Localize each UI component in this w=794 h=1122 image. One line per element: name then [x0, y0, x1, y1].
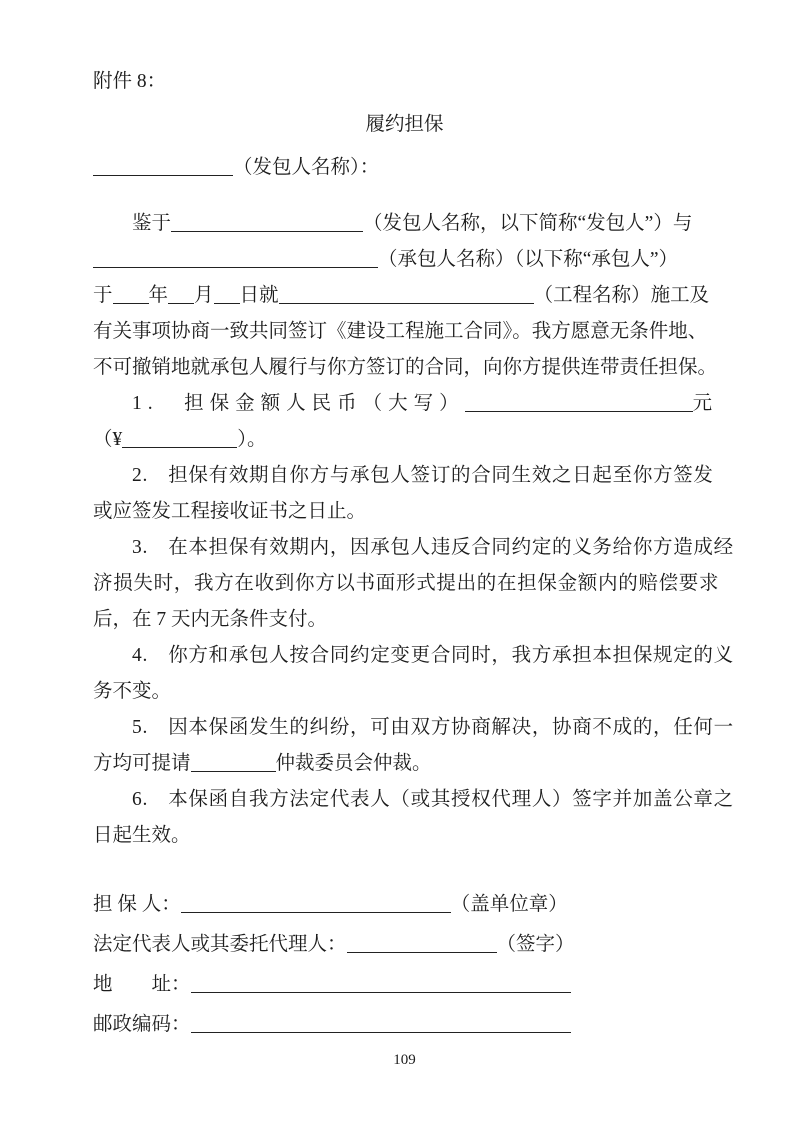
- amount-open: （¥: [93, 429, 122, 450]
- page-footer: 109: [93, 1049, 716, 1071]
- intro-line-4-text: 有关事项协商一致共同签订《建设工程施工合同》。我方愿意无条件地、: [93, 321, 707, 342]
- intro-line-5-text: 不可撤销地就承包人履行与你方签订的合同，向你方提供连带责任担保。: [93, 357, 717, 378]
- intro-line-4: 有关事项协商一致共同签订《建设工程施工合同》。我方愿意无条件地、: [93, 314, 716, 350]
- attachment-label: 附件 8：: [93, 63, 716, 100]
- intro-day-jiu: 日就: [240, 285, 279, 306]
- employer-name-blank-2: [171, 230, 363, 232]
- sign-note: （签字）: [497, 934, 575, 955]
- clause-4-line-2-text: 务不变。: [93, 681, 171, 702]
- clause-3-line-3-text: 后，在 7 天内无条件支付。: [93, 609, 327, 630]
- intro-given: 鉴于: [132, 213, 171, 234]
- page-title-text: 履约担保: [365, 114, 443, 135]
- clause-4-line-1: 4. 你方和承包人按合同约定变更合同时，我方承担本担保规定的义: [93, 638, 716, 674]
- document-content: 附件 8： 履约担保 （发包人名称）： 鉴于（发包人名称，以下简称“发包人”）与…: [0, 0, 794, 1071]
- page-number: 109: [393, 1052, 416, 1068]
- employer-name-blank: [93, 174, 233, 176]
- clause-3-line-1: 3. 在本担保有效期内，因承包人违反合同约定的义务给你方造成经: [93, 530, 716, 566]
- clause-5-line-1: 5. 因本保函发生的纠纷，可由双方协商解决，协商不成的，任何一: [93, 710, 716, 746]
- clause-2-line-2: 或应签发工程接收证书之日止。: [93, 494, 716, 530]
- clause-5-post: 仲裁委员会仲裁。: [276, 753, 432, 774]
- arbitration-committee-blank: [191, 770, 276, 772]
- clause-4-line-1-text: 4. 你方和承包人按合同约定变更合同时，我方承担本担保规定的义: [132, 645, 734, 666]
- intro-month: 月: [194, 285, 214, 306]
- attachment-label-text: 附件 8：: [93, 71, 166, 92]
- postcode-label: 邮政编码：: [93, 1014, 191, 1035]
- project-name-blank: [279, 302, 534, 304]
- address-line: 地 址：: [93, 965, 716, 1005]
- clause-5-pre: 方均可提请: [93, 753, 191, 774]
- amount-close: ）。: [237, 429, 266, 450]
- clause-2-line-2-text: 或应签发工程接收证书之日止。: [93, 501, 366, 522]
- representative-line: 法定代表人或其委托代理人：（签字）: [93, 925, 716, 965]
- contractor-name-blank: [93, 266, 378, 268]
- intro-line-3: 于年月日就（工程名称）施工及: [93, 278, 716, 314]
- addressee-note: （发包人名称）：: [233, 157, 379, 178]
- intro-line-1: 鉴于（发包人名称，以下简称“发包人”）与: [93, 206, 716, 242]
- representative-label: 法定代表人或其委托代理人：: [93, 934, 347, 955]
- intro-line-2: （承包人名称）（以下称“承包人”）: [93, 242, 716, 278]
- postcode-blank: [191, 1031, 571, 1033]
- clause-4-line-2: 务不变。: [93, 674, 716, 710]
- day-blank: [214, 302, 240, 304]
- intro-year: 年: [149, 285, 169, 306]
- signature-block: 担 保 人：（盖单位章） 法定代表人或其委托代理人：（签字） 地 址： 邮政编码…: [93, 885, 716, 1045]
- clause-6-line-1: 6. 本保函自我方法定代表人（或其授权代理人）签字并加盖公章之: [93, 782, 716, 818]
- postcode-line: 邮政编码：: [93, 1005, 716, 1045]
- intro-yu: 于: [93, 285, 113, 306]
- month-blank: [168, 302, 194, 304]
- guarantor-label: 担 保 人：: [93, 894, 181, 915]
- document-page: 附件 8： 履约担保 （发包人名称）： 鉴于（发包人名称，以下简称“发包人”）与…: [0, 0, 794, 1122]
- clause-3-line-1-text: 3. 在本担保有效期内，因承包人违反合同约定的义务给你方造成经: [132, 537, 734, 558]
- amount-figures-blank: [122, 446, 237, 448]
- clause-6-line-1-text: 6. 本保函自我方法定代表人（或其授权代理人）签字并加盖公章之: [132, 789, 734, 810]
- clause-5-line-2: 方均可提请仲裁委员会仲裁。: [93, 746, 716, 782]
- representative-name-blank: [347, 951, 497, 953]
- guarantor-name-blank: [181, 911, 451, 913]
- clause-1-line-2: （¥）。: [93, 422, 716, 458]
- addressee-line: （发包人名称）：: [93, 149, 716, 186]
- clause-5-line-1-text: 5. 因本保函发生的纠纷，可由双方协商解决，协商不成的，任何一: [132, 717, 734, 738]
- amount-unit: 元: [693, 393, 713, 414]
- clause-3-line-3: 后，在 7 天内无条件支付。: [93, 602, 716, 638]
- clause-2-line-1-text: 2. 担保有效期自你方与承包人签订的合同生效之日起至你方签发: [132, 465, 714, 486]
- clause-1-label: 1. 担保金额人民币（大写）: [132, 393, 465, 414]
- clause-3-line-2-text: 济损失时，我方在收到你方以书面形式提出的在担保金额内的赔偿要求: [93, 573, 719, 594]
- address-blank: [191, 991, 571, 993]
- amount-words-blank: [465, 410, 693, 412]
- guarantor-line: 担 保 人：（盖单位章）: [93, 885, 716, 925]
- intro-line-5: 不可撤销地就承包人履行与你方签订的合同，向你方提供连带责任担保。: [93, 350, 716, 386]
- intro-project-note: （工程名称）施工及: [534, 285, 710, 306]
- intro-employer-note: （发包人名称，以下简称“发包人”）与: [363, 213, 692, 234]
- clause-6-line-2-text: 日起生效。: [93, 825, 191, 846]
- clause-2-line-1: 2. 担保有效期自你方与承包人签订的合同生效之日起至你方签发: [93, 458, 716, 494]
- seal-note: （盖单位章）: [451, 894, 568, 915]
- clause-3-line-2: 济损失时，我方在收到你方以书面形式提出的在担保金额内的赔偿要求: [93, 566, 716, 602]
- page-title: 履约担保: [93, 106, 716, 143]
- clause-6-line-2: 日起生效。: [93, 818, 716, 854]
- clause-1-line-1: 1. 担保金额人民币（大写）元: [93, 386, 716, 422]
- address-label: 地 址：: [93, 974, 191, 995]
- intro-contractor-note: （承包人名称）（以下称“承包人”）: [378, 249, 678, 270]
- year-blank: [113, 302, 149, 304]
